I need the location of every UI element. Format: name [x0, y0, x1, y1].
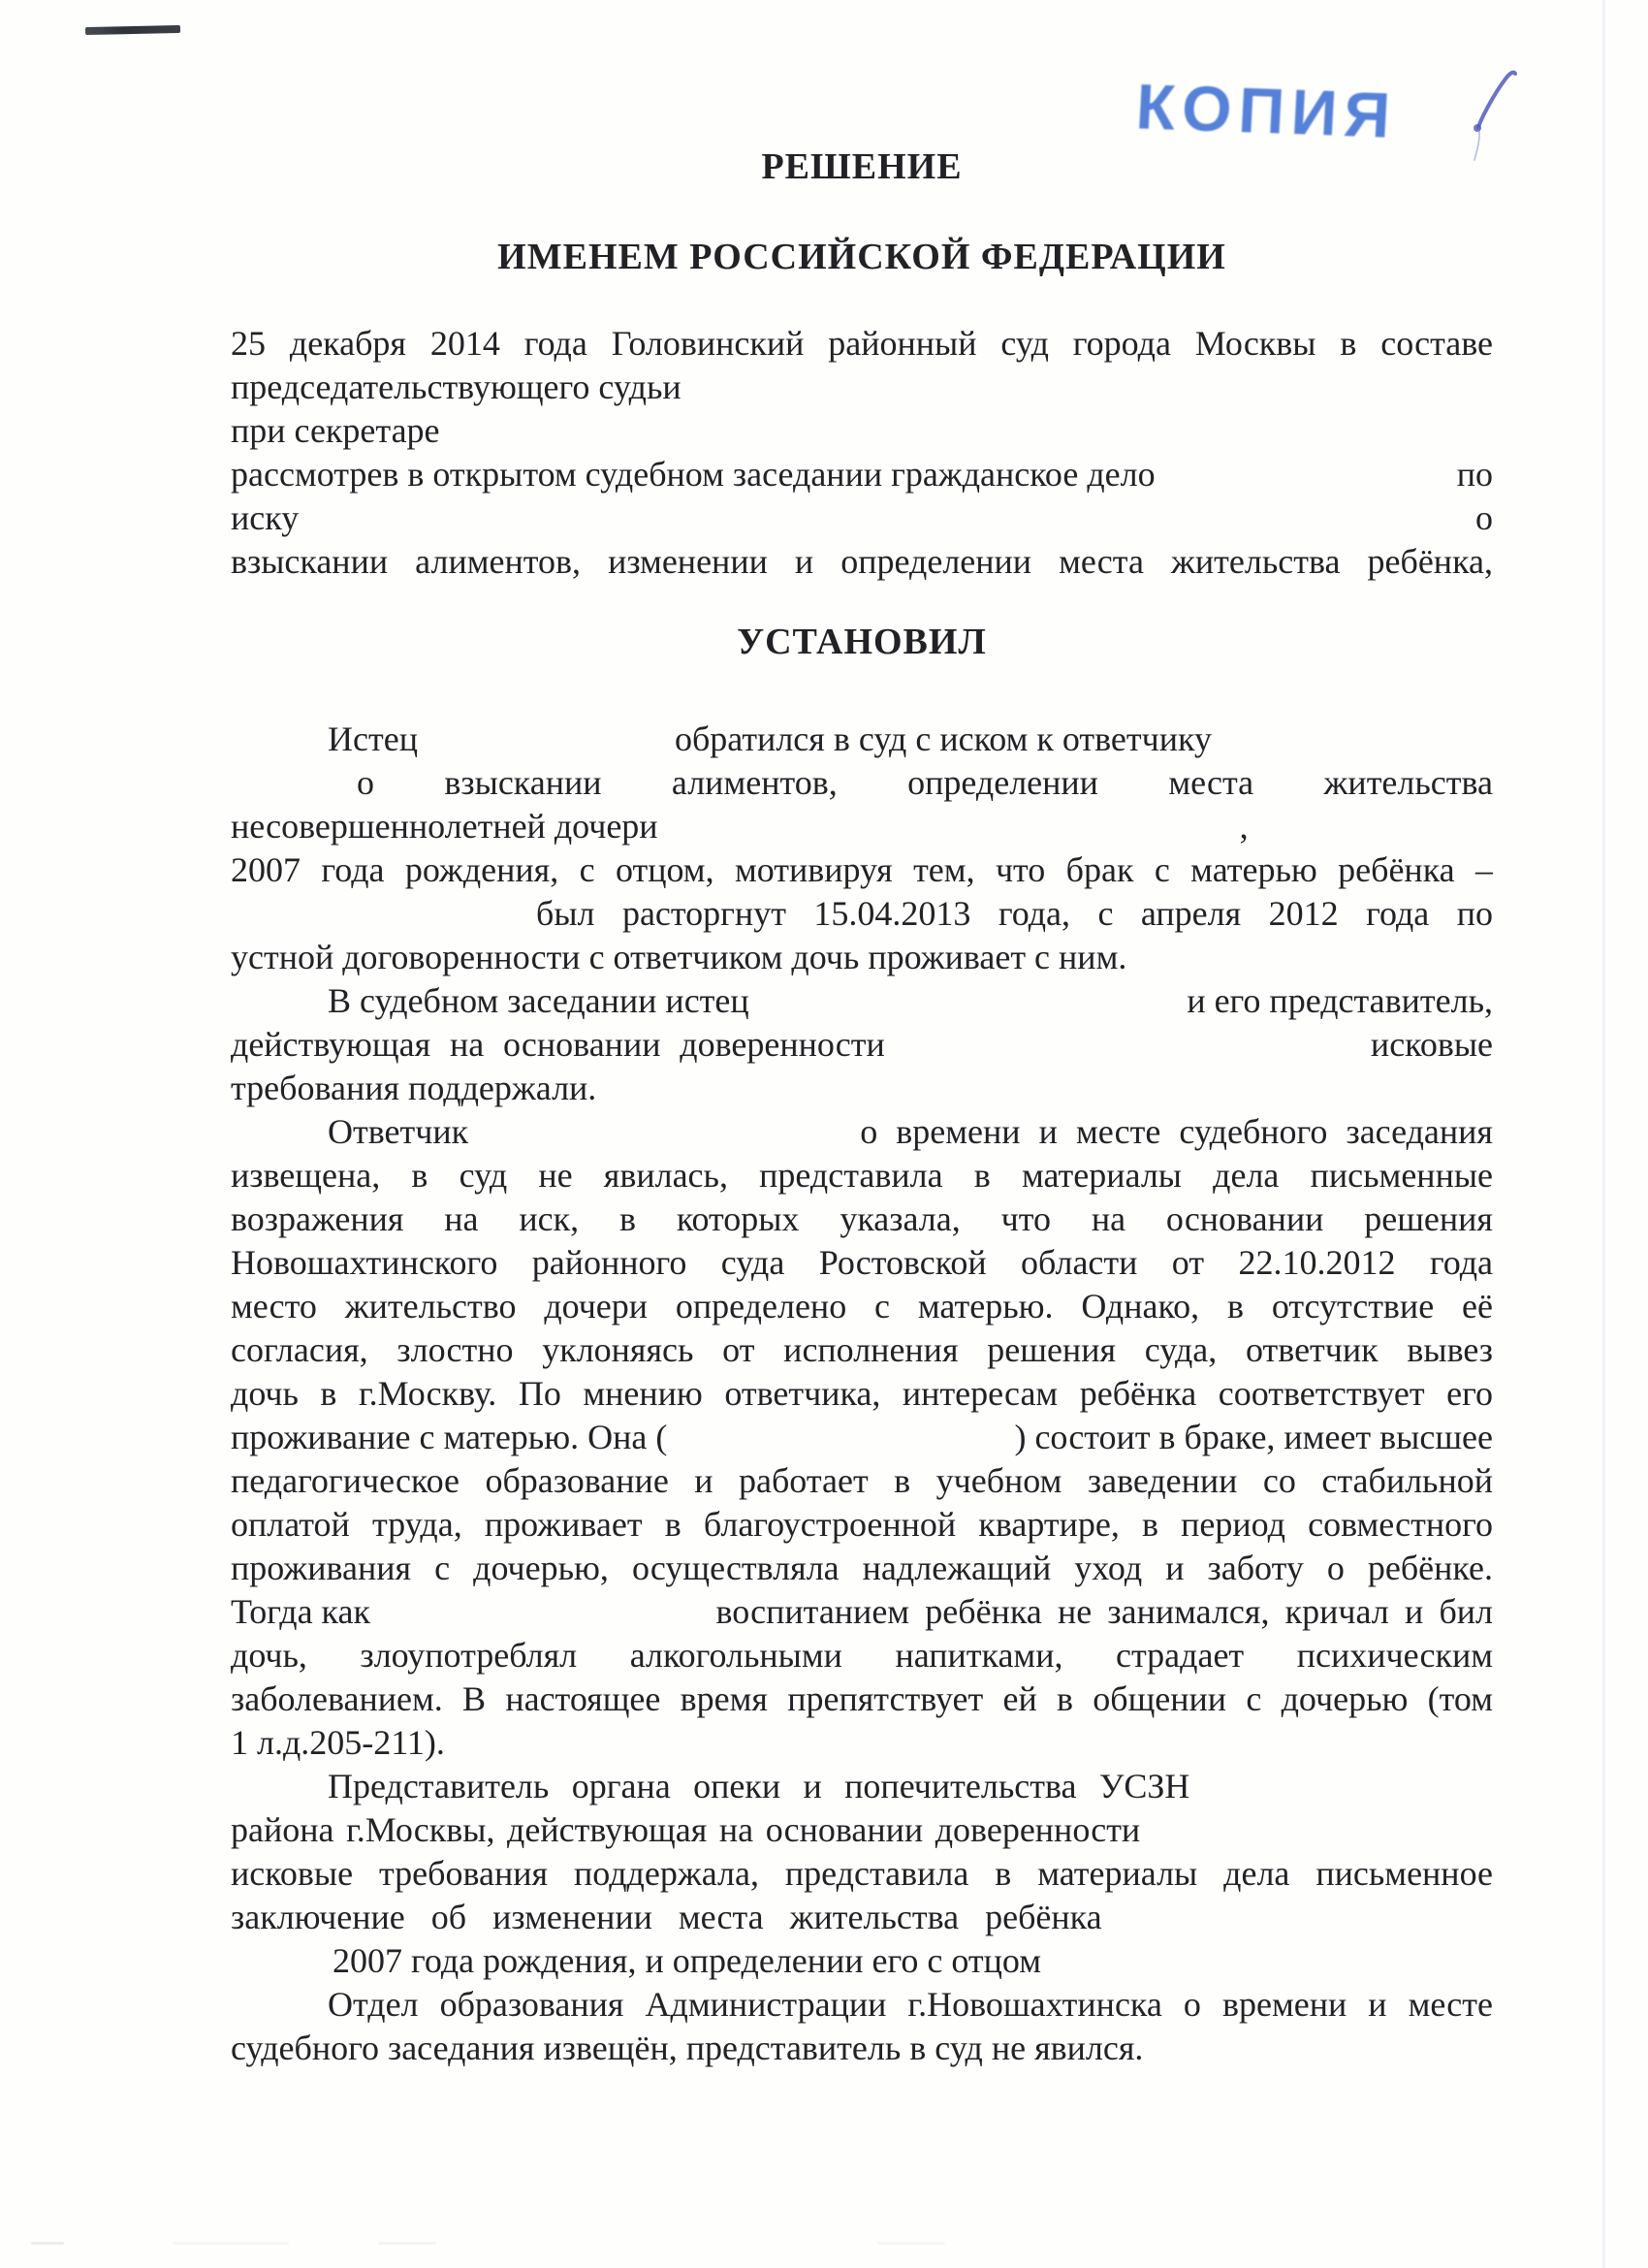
line-text: рассмотрев в открытом судебном заседании…: [231, 453, 1156, 496]
scanned-court-decision-page: КОПИЯ РЕШЕНИЕ ИМЕНЕМ РОССИЙСКОЙ ФЕДЕРАЦИ…: [0, 0, 1648, 2268]
line-text: действующая на основании доверенности: [231, 1023, 885, 1067]
body-line: Представитель органа опеки и попечительс…: [231, 1765, 1493, 1808]
document-body: РЕШЕНИЕ ИМЕНЕМ РОССИЙСКОЙ ФЕДЕРАЦИИ 25 д…: [231, 145, 1493, 2070]
line-text: Ответчик: [328, 1110, 468, 1154]
intro-line: при секретаре: [231, 409, 1493, 453]
body-line: заключение об изменении места жительства…: [231, 1896, 1493, 1939]
line-text: ) состоит в браке, имеет высшее: [1014, 1416, 1493, 1459]
body-line: был расторгнут 15.04.2013 года, с апреля…: [231, 892, 1493, 936]
intro-line: рассмотрев в открытом судебном заседании…: [231, 453, 1493, 496]
body-line: устной договоренности с ответчиком дочь …: [231, 936, 1493, 979]
line-text: о: [1475, 496, 1493, 540]
line-text: о времени и месте судебного заседания: [860, 1110, 1493, 1154]
intro-line: 25 декабря 2014 года Головинский районны…: [231, 322, 1493, 366]
body-line: Новошахтинского районного суда Ростовско…: [231, 1241, 1493, 1285]
redacted-gap: [370, 1590, 716, 1634]
body-line: требования поддержали.: [231, 1067, 1493, 1110]
body-line: проживания с дочерью, осуществляла надле…: [231, 1547, 1493, 1590]
body-line: 2007 года рождения, и определении его с …: [231, 1939, 1493, 1983]
body-line: проживание с матерью. Она ( ) состоит в …: [231, 1416, 1493, 1459]
redacted-gap: [299, 496, 1475, 540]
line-text: исковые: [1371, 1023, 1493, 1067]
line-text: обратился в суд с иском к ответчику: [675, 718, 1212, 761]
line-text: проживание с матерью. Она (: [231, 1416, 667, 1459]
line-text: Тогда как: [231, 1590, 370, 1634]
redacted-gap: [468, 1110, 860, 1154]
section-heading: УСТАНОВИЛ: [231, 621, 1493, 664]
page-subtitle: ИМЕНЕМ РОССИЙСКОЙ ФЕДЕРАЦИИ: [231, 236, 1493, 279]
intro-paragraph: 25 декабря 2014 года Головинский районны…: [231, 322, 1493, 584]
body-line: место жительство дочери определено с мат…: [231, 1285, 1493, 1328]
body-line: исковые требования поддержала, представи…: [231, 1852, 1493, 1896]
line-text: по: [1457, 453, 1493, 496]
line-text: и его представитель,: [1187, 979, 1493, 1023]
body-line: Тогда как воспитанием ребёнка не занимал…: [231, 1590, 1493, 1634]
intro-line: председательствующего судьи: [231, 366, 1493, 409]
body-line: 2007 года рождения, с отцом, мотивируя т…: [231, 848, 1493, 892]
page-title: РЕШЕНИЕ: [231, 145, 1493, 189]
body-line: района г.Москвы, действующая на основани…: [231, 1808, 1493, 1852]
copy-stamp: КОПИЯ: [1134, 69, 1399, 151]
line-text: несовершеннолетней дочери: [231, 805, 658, 848]
body-line: дочь, злоупотреблял алкогольными напитка…: [231, 1634, 1493, 1677]
redacted-gap: [667, 1416, 1014, 1459]
body-line: педагогическое образование и работает в …: [231, 1459, 1493, 1503]
line-text: воспитанием ребёнка не занимался, кричал…: [715, 1590, 1493, 1634]
redacted-gap: [658, 805, 1240, 848]
intro-line: взыскании алиментов, изменении и определ…: [231, 540, 1493, 584]
line-text: В судебном заседании истец: [328, 979, 749, 1023]
body-line: Ответчик о времени и месте судебного зас…: [231, 1110, 1493, 1154]
body-line: оплатой труда, проживает в благоустроенн…: [231, 1503, 1493, 1547]
established-section: Истец обратился в суд с иском к ответчик…: [231, 718, 1493, 2070]
redacted-gap: [418, 718, 675, 761]
line-text: ,: [1240, 805, 1249, 848]
scan-artifact-bar: [85, 25, 180, 35]
body-line: В судебном заседании истец и его предста…: [231, 979, 1493, 1023]
body-line: Истец обратился в суд с иском к ответчик…: [231, 718, 1493, 761]
body-line: согласия, злостно уклоняясь от исполнени…: [231, 1328, 1493, 1372]
intro-line: иску о: [231, 496, 1493, 540]
redacted-gap: [885, 1023, 1371, 1067]
scan-specks: [0, 2242, 1648, 2248]
line-text: иску: [231, 496, 299, 540]
body-line: возражения на иск, в которых указала, чт…: [231, 1198, 1493, 1241]
line-text: Истец: [328, 718, 418, 761]
redacted-gap: [749, 979, 1188, 1023]
redacted-gap: [1156, 453, 1457, 496]
body-line: извещена, в суд не явилась, представила …: [231, 1154, 1493, 1198]
body-line: заболеванием. В настоящее время препятст…: [231, 1677, 1493, 1721]
body-line: Отдел образования Администрации г.Новоша…: [231, 1983, 1493, 2027]
scan-edge-line: [1602, 0, 1605, 2268]
body-line: судебного заседания извещён, представите…: [231, 2027, 1493, 2070]
body-line: 1 л.д.205-211).: [231, 1721, 1493, 1765]
body-line: о взыскании алиментов, определении места…: [231, 761, 1493, 805]
body-line: действующая на основании доверенности ис…: [231, 1023, 1493, 1067]
body-line: несовершеннолетней дочери ,: [231, 805, 1493, 848]
body-line: дочь в г.Москву. По мнению ответчика, ин…: [231, 1372, 1493, 1416]
